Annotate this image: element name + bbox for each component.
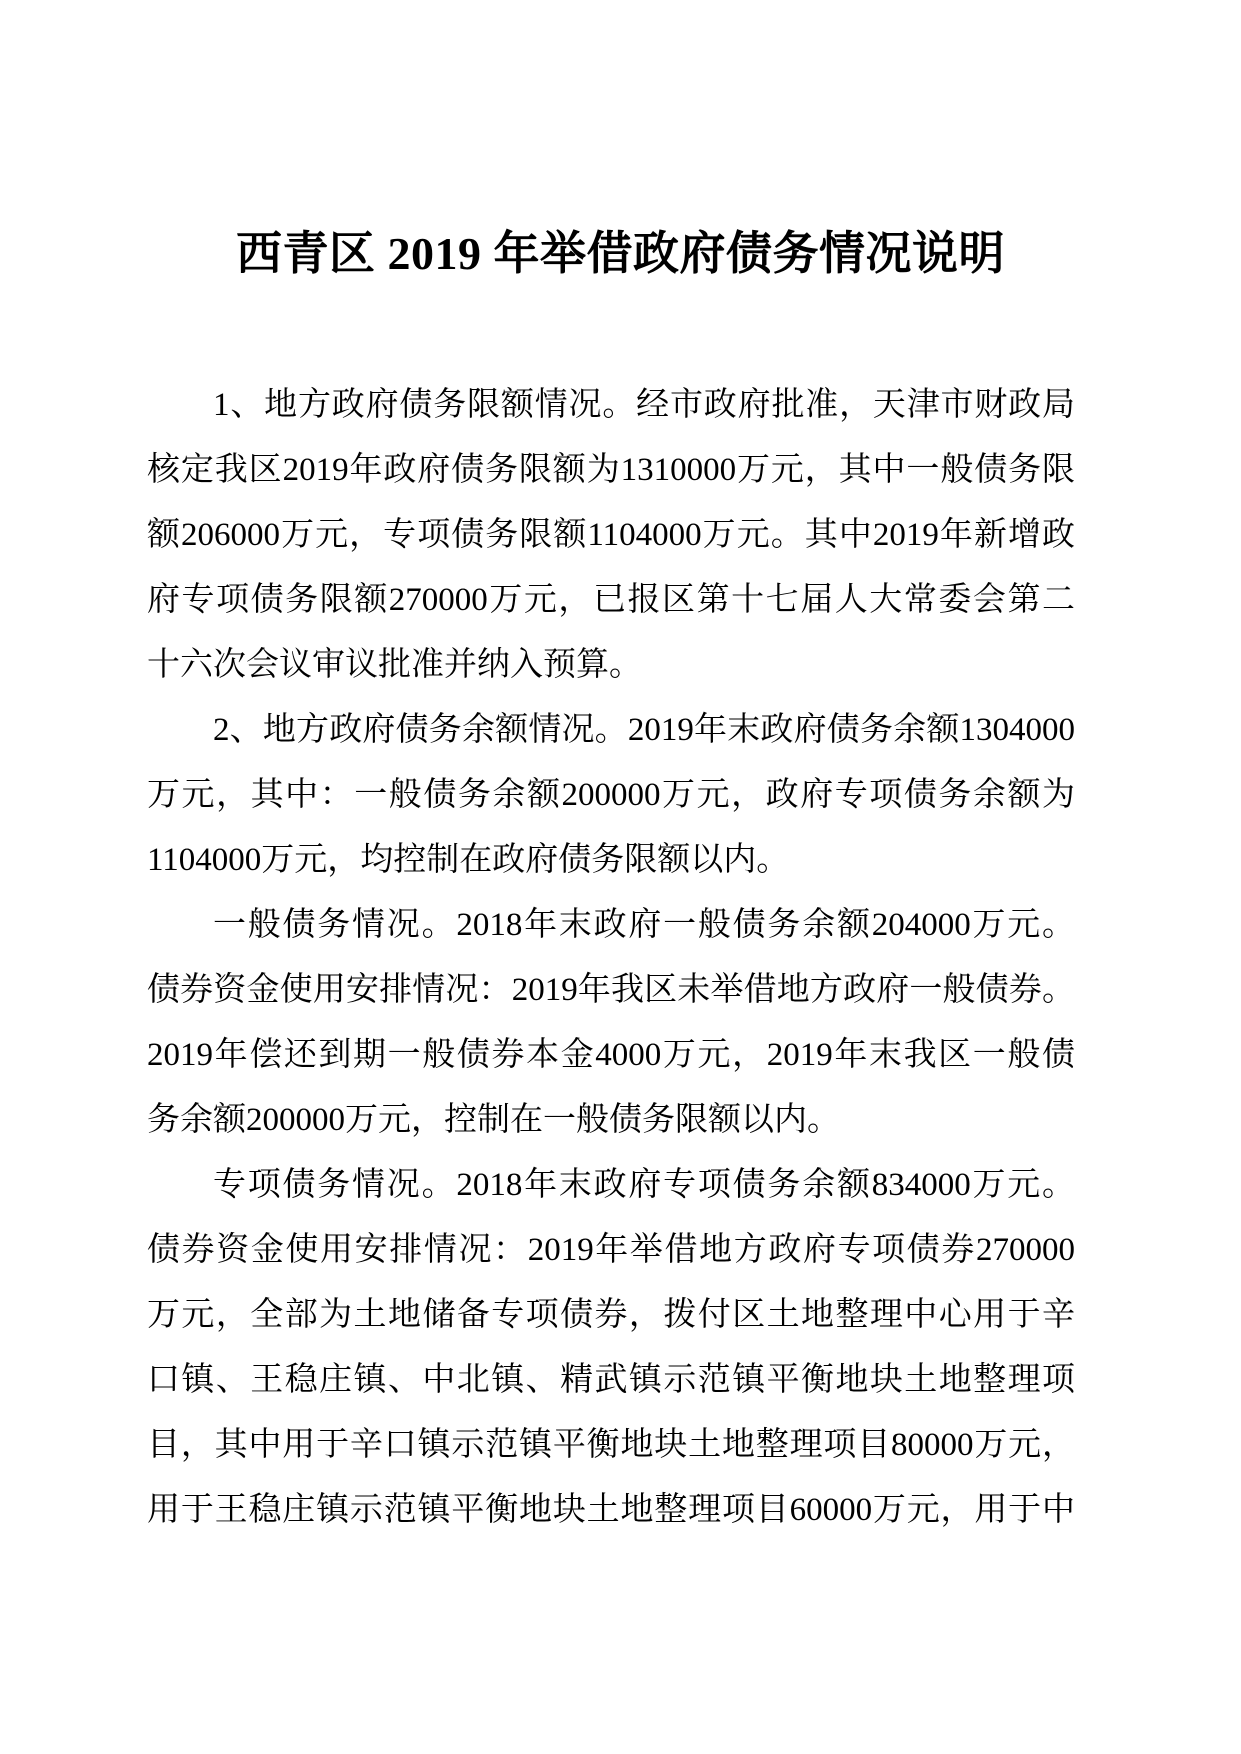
text-line: 债券资金使用安排情况：2019年我区未举借地方政府一般债券。 [147, 958, 1075, 1023]
text-line: 十六次会议审议批准并纳入预算。 [147, 633, 1075, 698]
text-line: 一般债务情况。2018年末政府一般债务余额204000万元。 [147, 893, 1075, 958]
text-line: 万元，其中：一般债务余额200000万元，政府专项债务余额为 [147, 763, 1075, 828]
text-line: 1、地方政府债务限额情况。经市政府批准，天津市财政局 [147, 373, 1075, 438]
text-line: 1104000万元，均控制在政府债务限额以内。 [147, 828, 1075, 893]
text-line: 额206000万元，专项债务限额1104000万元。其中2019年新增政 [147, 503, 1075, 568]
text-line: 口镇、王稳庄镇、中北镇、精武镇示范镇平衡地块土地整理项 [147, 1348, 1075, 1413]
text-line: 目，其中用于辛口镇示范镇平衡地块土地整理项目80000万元， [147, 1413, 1075, 1478]
text-line: 万元，全部为土地储备专项债券，拨付区土地整理中心用于辛 [147, 1283, 1075, 1348]
text-line: 专项债务情况。2018年末政府专项债务余额834000万元。 [147, 1153, 1075, 1218]
document-body: 1、地方政府债务限额情况。经市政府批准，天津市财政局核定我区2019年政府债务限… [147, 373, 1075, 1543]
text-line: 债券资金使用安排情况：2019年举借地方政府专项债券270000 [147, 1218, 1075, 1283]
text-line: 府专项债务限额270000万元，已报区第十七届人大常委会第二 [147, 568, 1075, 633]
text-line: 2、地方政府债务余额情况。2019年末政府债务余额1304000 [147, 698, 1075, 763]
document-title: 西青区 2019 年举借政府债务情况说明 [0, 228, 1241, 280]
text-line: 用于王稳庄镇示范镇平衡地块土地整理项目60000万元，用于中 [147, 1478, 1075, 1543]
text-line: 务余额200000万元，控制在一般债务限额以内。 [147, 1088, 1075, 1153]
text-line: 2019年偿还到期一般债券本金4000万元，2019年末我区一般债 [147, 1023, 1075, 1088]
text-line: 核定我区2019年政府债务限额为1310000万元，其中一般债务限 [147, 438, 1075, 503]
document-page: 西青区 2019 年举借政府债务情况说明 1、地方政府债务限额情况。经市政府批准… [0, 0, 1241, 1754]
